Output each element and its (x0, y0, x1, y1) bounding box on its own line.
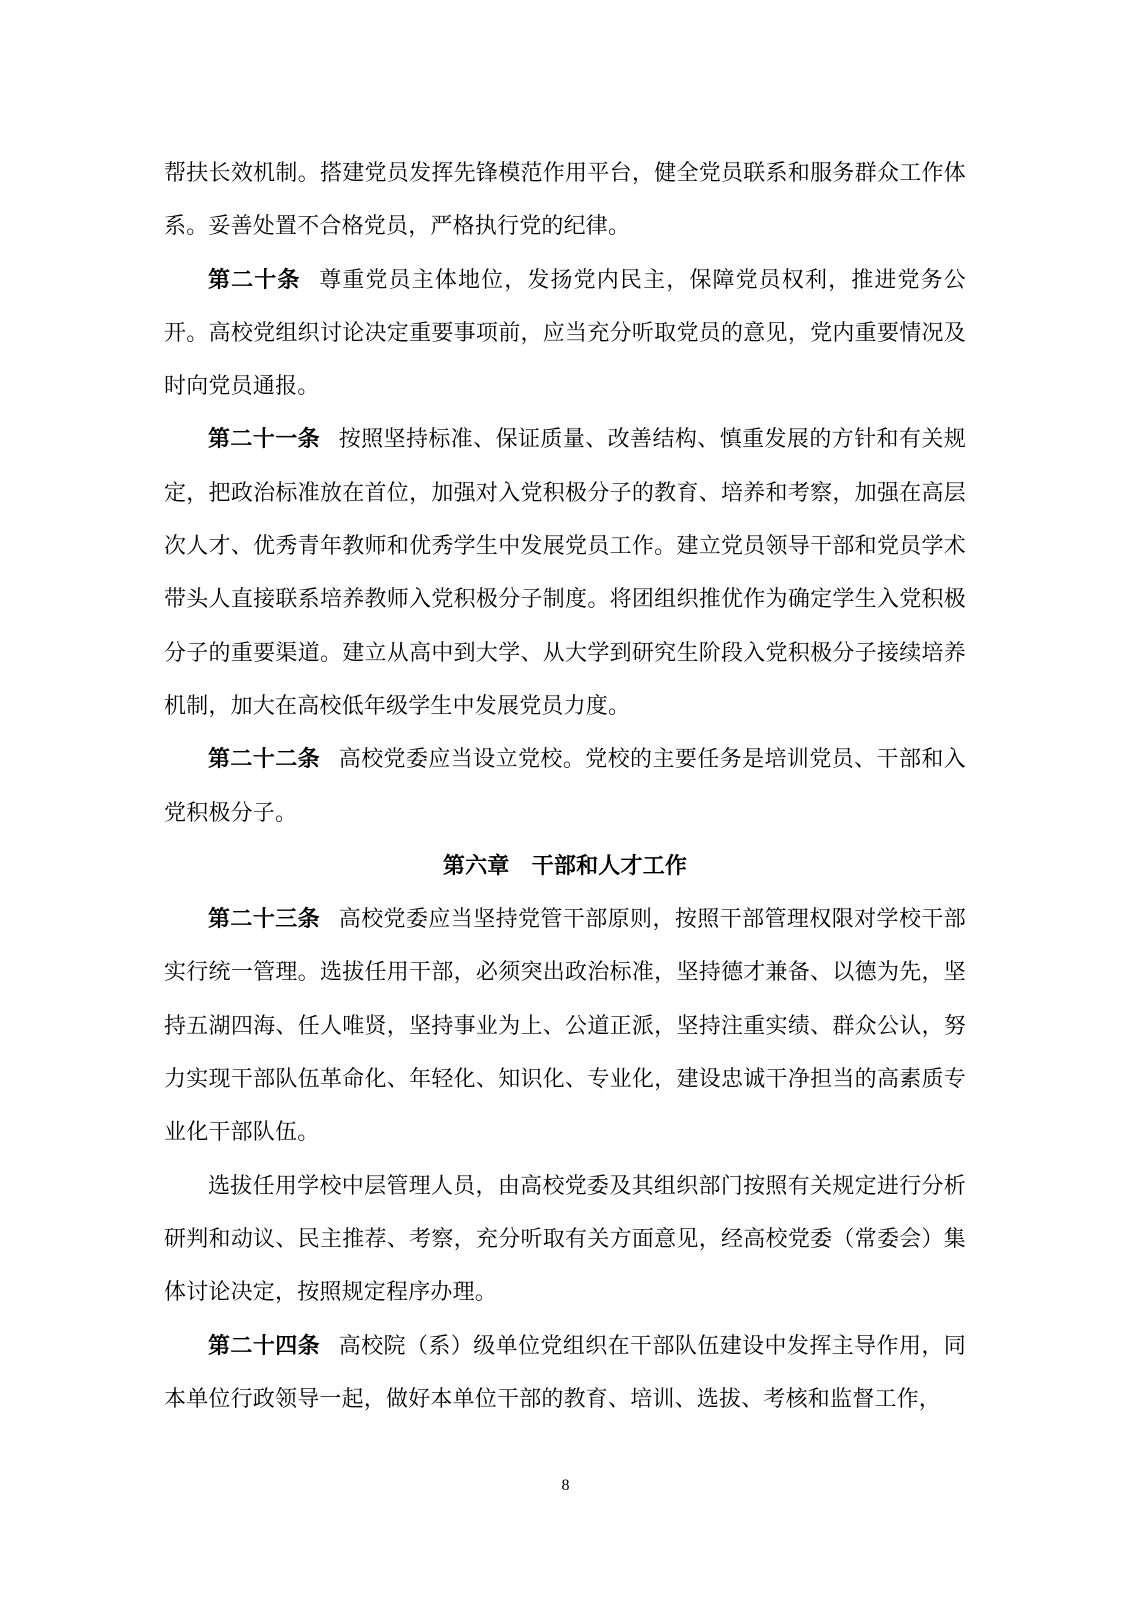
page-number: 8 (562, 1477, 570, 1494)
paragraph: 第二十三条高校党委应当坚持党管干部原则，按照干部管理权限对学校干部实行统一管理。… (164, 892, 966, 1158)
paragraph: 第二十条尊重党员主体地位，发扬党内民主，保障党员权利，推进党务公开。高校党组织讨… (164, 253, 966, 413)
paragraph: 第二十四条高校院（系）级单位党组织在干部队伍建设中发挥主导作用，同本单位行政领导… (164, 1319, 966, 1426)
document-content: 帮扶长效机制。搭建党员发挥先锋模范作用平台，健全党员联系和服务群众工作体系。妥善… (164, 146, 966, 1425)
paragraph: 第二十二条高校党委应当设立党校。党校的主要任务是培训党员、干部和入党积极分子。 (164, 732, 966, 839)
article-number: 第二十二条 (208, 746, 320, 771)
document-page: 帮扶长效机制。搭建党员发挥先锋模范作用平台，健全党员联系和服务群众工作体系。妥善… (0, 0, 1131, 1600)
paragraph-text: 按照坚持标准、保证质量、改善结构、慎重发展的方针和有关规定，把政治标准放在首位，… (164, 426, 966, 717)
paragraph-text: 帮扶长效机制。搭建党员发挥先锋模范作用平台，健全党员联系和服务群众工作体系。妥善… (164, 160, 966, 238)
paragraph-text: 高校党委应当坚持党管干部原则，按照干部管理权限对学校干部实行统一管理。选拔任用干… (164, 906, 966, 1144)
paragraph: 第二十一条按照坚持标准、保证质量、改善结构、慎重发展的方针和有关规定，把政治标准… (164, 412, 966, 732)
paragraph-text: 选拔任用学校中层管理人员，由高校党委及其组织部门按照有关规定进行分析研判和动议、… (164, 1173, 966, 1305)
article-number: 第二十三条 (208, 906, 320, 931)
paragraph: 帮扶长效机制。搭建党员发挥先锋模范作用平台，健全党员联系和服务群众工作体系。妥善… (164, 146, 966, 253)
chapter-heading: 第六章 干部和人才工作 (164, 839, 966, 892)
article-number: 第二十条 (208, 267, 301, 292)
page-footer: 8 (0, 1477, 1131, 1495)
paragraph: 选拔任用学校中层管理人员，由高校党委及其组织部门按照有关规定进行分析研判和动议、… (164, 1159, 966, 1319)
article-number: 第二十一条 (208, 426, 320, 451)
article-number: 第二十四条 (208, 1333, 320, 1358)
